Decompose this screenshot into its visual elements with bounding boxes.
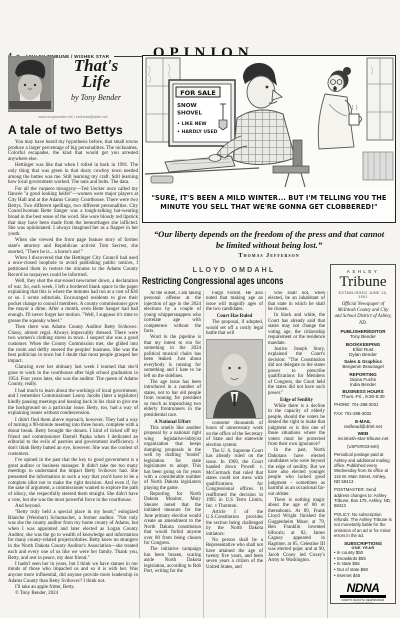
body-paragraph: Hettinger was like that when I rolled in…: [8, 163, 138, 186]
newspaper-opinion-page: 4 ★ ASHLEY TRIBUNE / WISHEK STAR OPINION…: [0, 0, 400, 618]
body-paragraph: The U. S. Supreme Court has already rule…: [206, 449, 263, 509]
cartoon-caption-line2: MINUTE YOU SELL THAT WE'RE GONNA GET CLO…: [147, 203, 391, 212]
body-paragraph: Word in the pipeline is that my intent t…: [144, 335, 201, 379]
cartoon-sign-line4: • HARDLY USED: [177, 129, 218, 135]
article-column-2: Fargo Forum. He also noted that making a…: [203, 291, 265, 618]
body-paragraph: Fargo Forum. He also noted that making a…: [206, 291, 263, 313]
body-paragraph: Reporting for North Dakota Monitor, Mary…: [144, 492, 201, 547]
fax-number: FAX: 701-288-3032: [334, 411, 392, 416]
tony-bender-photo: [8, 56, 54, 112]
column-subhead: Edge of Senility: [268, 398, 325, 403]
thats-life-header: That's Life by Tony Bender: [8, 56, 138, 112]
body-paragraph: When she viewed the front page feature s…: [8, 238, 138, 255]
body-paragraph: Then there was Adams County Auditor Bett…: [8, 325, 138, 365]
body-paragraph: I'll take an apple fritter, Betty.: [8, 585, 138, 591]
article-headline: Restricting Congressional ages unconstit…: [142, 277, 283, 287]
body-paragraph: I had much to learn about the workings o…: [8, 389, 138, 417]
cartoon-sign-line3: • LIKE NEW: [177, 121, 207, 127]
staff-name: Tony Bender: [334, 334, 392, 339]
columnist-name: LLOYD OMDAHL: [142, 267, 326, 274]
press-freedom-quote: “Our liberty depends on the freedom of t…: [142, 229, 396, 259]
masthead-lines: ASHLEYTribuneESTABLISHED JUNE 16, 1901Of…: [334, 269, 392, 579]
established-line: ESTABLISHED JUNE 16, 1901: [334, 291, 392, 299]
staff-name: Benjamin Braunagel: [334, 364, 392, 369]
masthead-box: ASHLEYTribuneESTABLISHED JUNE 16, 1901Of…: [330, 264, 396, 604]
article-columns: At the outset, I am taking personal offe…: [142, 291, 328, 618]
email-address: redhead@drtel.net: [334, 424, 392, 429]
body-paragraph: The age issue has been introduced in a n…: [144, 380, 201, 418]
publication-name: Tribune: [334, 275, 392, 290]
body-paragraph: Justice Joseph Story, explained the Cour…: [268, 347, 325, 396]
body-paragraph: Glancing over her obituary last week I l…: [8, 365, 138, 388]
body-paragraph: I hadn't seen her in years, but I think …: [8, 562, 138, 585]
article-column-2-top: Fargo Forum. He also noted that making a…: [206, 291, 263, 337]
column-title-line2: Life: [54, 74, 138, 90]
policy-note: POLICY: No subscription refunds. The Ash…: [334, 512, 392, 539]
body-paragraph: "Betty truly held a special place in my …: [8, 510, 138, 561]
phone-number: PHONE: 701-288-3031: [334, 402, 392, 407]
ndna-logo-text: NDNA: [334, 582, 392, 594]
subscription-rate: • Internet $45: [334, 573, 392, 579]
quote-attribution: Thomas Jefferson: [142, 252, 396, 259]
thats-life-body: You may have heard my hypothesis before,…: [8, 140, 138, 597]
body-paragraph: For all the vaquero misogyny—Ted Uecker …: [8, 187, 138, 238]
body-paragraph: When I discovered that the Hettinger Cit…: [8, 256, 138, 279]
column-subhead: Court Has Ruled: [206, 314, 263, 319]
body-paragraph: The initiative campaign has been brazen,…: [144, 547, 201, 574]
official-newspaper-note: Official Newspaper of McIntosh County an…: [334, 302, 392, 327]
body-paragraph: I didn't find them above reproach, howev…: [8, 418, 138, 458]
body-paragraph: And beyond.: [8, 504, 138, 510]
column-title-block: That's Life by Tony Bender: [54, 56, 138, 102]
cartoon-sign-line2: SHOVEL: [177, 111, 202, 117]
body-paragraph: I've opined in the past that the key to …: [8, 458, 138, 504]
body-paragraph: The proposal, if adopted, would set off …: [206, 320, 263, 336]
article-column-1: At the outset, I am taking personal offe…: [142, 291, 203, 618]
quote-text: “Our liberty depends on the freedom of t…: [152, 229, 386, 250]
body-paragraph: Well, they shot the star-nosed newcomer …: [8, 279, 138, 325]
editorial-cartoon: FOR SALE SNOW SHOVEL • LIKE NEW • HARDLY…: [142, 55, 396, 223]
ndna-logo-bar: [340, 595, 386, 598]
staff-name: Dylan Bender: [334, 352, 392, 357]
author-weblinks: www.tonybender.net • redhead@drtel.net: [8, 115, 138, 119]
business-hours: Thurs.-Fri., 9:30-5:30: [334, 394, 392, 399]
ndna-logo-subtext: NORTH DAKOTA NEWSPAPER ASSOCIATION: [338, 598, 387, 604]
body-paragraph: who shall not, when elected, be an inhab…: [268, 291, 325, 313]
thats-life-column: That's Life by Tony Bender www.tonybende…: [8, 56, 138, 597]
cartoon-drawing: FOR SALE SNOW SHOVEL • LIKE NEW • HARDLY…: [143, 56, 395, 188]
body-paragraph: This smells like another proposal by a n…: [144, 426, 201, 492]
cartoon-caption: "SURE, IT'S BEEN A MILD WINTER... BUT I'…: [143, 193, 395, 212]
thats-life-headline: A tale of two Bettys: [8, 124, 138, 136]
cartoon-caption-line1: "SURE, IT'S BEEN A MILD WINTER... BUT I'…: [147, 194, 391, 203]
body-paragraph: In the past, North Dakotans have elected…: [268, 448, 325, 497]
body-paragraph: You may have heard my hypothesis before,…: [8, 140, 138, 163]
body-paragraph: consume thousands of hours of unnecessar…: [206, 421, 263, 448]
article-column-2-bottom: consume thousands of hours of unnecessar…: [206, 421, 263, 571]
column-subhead: A National Effort: [144, 420, 201, 425]
cartoon-sign-line1: SNOW: [177, 103, 197, 109]
body-paragraph: There is nothing magic about the age of …: [268, 498, 325, 564]
cartoon-sign-title: FOR SALE: [180, 89, 216, 97]
article-column-3: who shall not, when elected, be an inhab…: [265, 291, 327, 618]
body-paragraph: At the outset, I am taking personal offe…: [144, 291, 201, 335]
website-address: mcintosh-star-tribune.net: [334, 436, 392, 441]
column-byline: by Tony Bender: [54, 93, 138, 102]
column-divider-rule: [139, 150, 140, 618]
body-paragraph: Article I of the U.S.Constitution provid…: [206, 510, 263, 537]
body-paragraph: No person shall be a Representative who …: [206, 538, 263, 571]
body-paragraph: While there is a decline in the capacity…: [268, 404, 325, 448]
body-paragraph: In black and white, the Court has alread…: [268, 313, 325, 346]
staff-name: India Bender: [334, 382, 392, 387]
postage-note: Periodical postage paid at Ashley and ad…: [334, 452, 392, 484]
body-paragraph: © Tony Bender, 2024: [8, 591, 138, 597]
usps-number: (USPS#033-640): [334, 444, 392, 449]
postmaster-note: POSTMASTER: Send address changes to: Ash…: [334, 487, 392, 508]
ndna-logo: NDNA NORTH DAKOTA NEWSPAPER ASSOCIATION: [334, 582, 392, 604]
lloyd-omdahl-photo: [206, 339, 263, 419]
